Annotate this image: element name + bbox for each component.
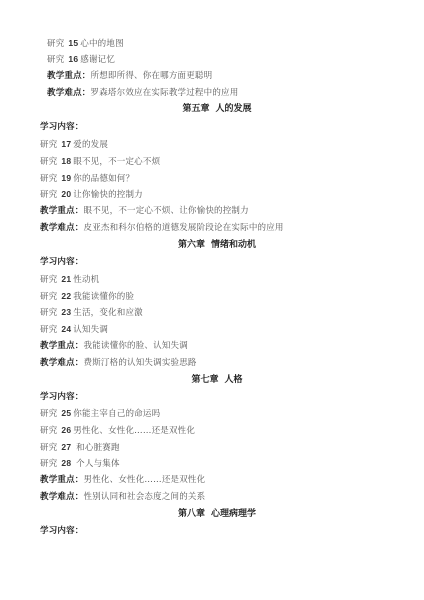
content-label: 学习内容： [40, 524, 84, 538]
key-point-label: 教学重点： [40, 206, 84, 216]
study-prefix: 研究 [40, 308, 57, 318]
study-item: 研究17爱的发展 [40, 137, 108, 151]
key-point-label: 教学重点： [47, 71, 91, 81]
key-point-text: 所想即所得、你在哪方面更聪明 [91, 71, 213, 81]
study-number: 16 [68, 54, 78, 64]
difficulty: 教学难点：罗森塔尔效应在实际教学过程中的应用 [47, 86, 238, 100]
content-label: 学习内容： [40, 255, 84, 269]
key-point-label: 教学重点： [40, 341, 84, 351]
study-number: 17 [61, 139, 71, 149]
difficulty-label: 教学难点： [40, 492, 84, 502]
difficulty-text: 费斯汀格的认知失调实验思路 [84, 358, 197, 368]
study-item: 研究27 和心脏赛跑 [40, 440, 120, 454]
study-number: 15 [68, 38, 78, 48]
content-label-text: 学习内容： [40, 526, 84, 536]
study-prefix: 研究 [40, 325, 57, 335]
study-title: 感谢记忆 [80, 55, 115, 65]
chapter-heading: 第七章人格 [0, 373, 424, 387]
study-item: 研究19你的品德如何？ [40, 171, 134, 185]
study-number: 22 [61, 291, 71, 301]
study-item: 研究24认知失调 [40, 322, 108, 336]
study-title: 和心脏赛跑 [73, 443, 119, 453]
study-number: 23 [61, 307, 71, 317]
difficulty-label: 教学难点： [40, 358, 84, 368]
study-title: 生活，变化和应激 [73, 308, 143, 318]
study-prefix: 研究 [40, 459, 57, 469]
study-item: 研究16感谢记忆 [47, 52, 115, 66]
study-prefix: 研究 [40, 426, 57, 436]
study-title: 爱的发展 [73, 140, 108, 150]
key-point-text: 男性化、女性化……还是双性化 [84, 475, 206, 485]
study-title: 个人与集体 [73, 459, 119, 469]
study-item: 研究28 个人与集体 [40, 456, 120, 470]
study-number: 21 [61, 274, 71, 284]
study-number: 24 [61, 324, 71, 334]
difficulty: 教学难点：费斯汀格的认知失调实验思路 [40, 356, 197, 370]
key-point-text: 眼不见，不一定心不烦、让你愉快的控制力 [84, 206, 249, 216]
study-item: 研究15心中的地图 [47, 36, 124, 50]
study-prefix: 研究 [40, 140, 57, 150]
study-number: 27 [61, 442, 71, 452]
content-label-text: 学习内容： [40, 257, 84, 267]
study-number: 26 [61, 425, 71, 435]
content-label-text: 学习内容： [40, 392, 84, 402]
study-number: 19 [61, 173, 71, 183]
study-title: 你能主宰自己的命运吗 [73, 409, 160, 419]
difficulty: 教学难点：皮亚杰和科尔伯格的道德发展阶段论在实际中的应用 [40, 221, 284, 235]
difficulty-text: 罗森塔尔效应在实际教学过程中的应用 [91, 88, 239, 98]
study-number: 25 [61, 408, 71, 418]
study-item: 研究18眼不见，不一定心不烦 [40, 154, 160, 168]
difficulty-label: 教学难点： [40, 223, 84, 233]
study-item: 研究23生活，变化和应激 [40, 305, 143, 319]
difficulty-text: 皮亚杰和科尔伯格的道德发展阶段论在实际中的应用 [84, 223, 284, 233]
study-prefix: 研究 [40, 190, 57, 200]
chapter-number: 第五章 [182, 104, 209, 114]
chapter-number: 第八章 [178, 509, 205, 519]
key-point: 教学重点：眼不见，不一定心不烦、让你愉快的控制力 [40, 204, 249, 218]
study-title: 心中的地图 [80, 39, 124, 49]
chapter-heading: 第五章人的发展 [0, 102, 424, 116]
key-point-text: 我能读懂你的脸、认知失调 [84, 341, 188, 351]
study-title: 性动机 [73, 275, 99, 285]
content-label-text: 学习内容： [40, 122, 84, 132]
study-item: 研究21性动机 [40, 272, 99, 286]
chapter-title: 人的发展 [216, 104, 252, 114]
study-prefix: 研究 [40, 409, 57, 419]
chapter-number: 第六章 [178, 240, 205, 250]
study-number: 28 [61, 458, 71, 468]
study-number: 18 [61, 156, 71, 166]
chapter-heading: 第八章心理病理学 [0, 507, 424, 521]
study-title: 我能读懂你的脸 [73, 292, 134, 302]
chapter-title: 心理病理学 [211, 509, 256, 519]
study-prefix: 研究 [47, 39, 64, 49]
key-point: 教学重点：所想即所得、你在哪方面更聪明 [47, 69, 212, 83]
difficulty-text: 性别认同和社会态度之间的关系 [84, 492, 206, 502]
content-label: 学习内容： [40, 120, 84, 134]
study-prefix: 研究 [40, 174, 57, 184]
content-label: 学习内容： [40, 390, 84, 404]
study-number: 20 [61, 189, 71, 199]
study-prefix: 研究 [47, 55, 64, 65]
study-title: 你的品德如何？ [73, 174, 134, 184]
study-title: 男性化、女性化……还是双性化 [73, 426, 195, 436]
chapter-title: 情绪和动机 [211, 240, 256, 250]
chapter-heading: 第六章情绪和动机 [0, 238, 424, 252]
study-prefix: 研究 [40, 443, 57, 453]
key-point-label: 教学重点： [40, 475, 84, 485]
chapter-title: 人格 [225, 375, 243, 385]
study-item: 研究20让你愉快的控制力 [40, 187, 143, 201]
study-item: 研究22我能读懂你的脸 [40, 289, 134, 303]
study-item: 研究25你能主宰自己的命运吗 [40, 406, 160, 420]
difficulty: 教学难点：性别认同和社会态度之间的关系 [40, 490, 205, 504]
study-prefix: 研究 [40, 157, 57, 167]
chapter-number: 第七章 [191, 375, 218, 385]
study-item: 研究26男性化、女性化……还是双性化 [40, 423, 195, 437]
key-point: 教学重点：男性化、女性化……还是双性化 [40, 473, 205, 487]
study-title: 让你愉快的控制力 [73, 190, 143, 200]
study-prefix: 研究 [40, 292, 57, 302]
document-page: 研究15心中的地图 研究16感谢记忆 教学重点：所想即所得、你在哪方面更聪明 教… [0, 0, 424, 600]
study-title: 认知失调 [73, 325, 108, 335]
key-point: 教学重点：我能读懂你的脸、认知失调 [40, 339, 188, 353]
difficulty-label: 教学难点： [47, 88, 91, 98]
study-title: 眼不见，不一定心不烦 [73, 157, 160, 167]
study-prefix: 研究 [40, 275, 57, 285]
